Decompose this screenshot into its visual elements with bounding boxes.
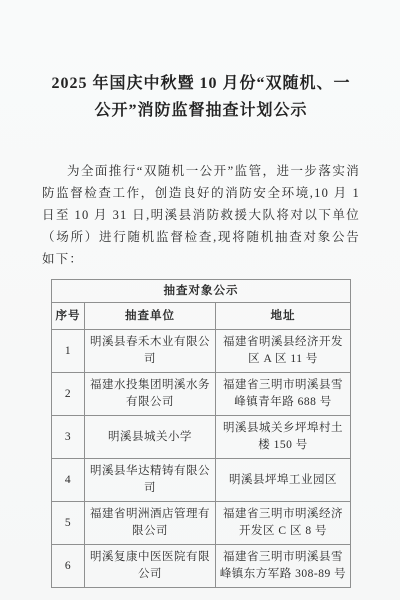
col-header-unit: 抽查单位 (84, 303, 215, 330)
row-unit: 明溪县华达精铸有限公司 (84, 459, 215, 502)
row-unit: 福建水投集团明溪水务有限公司 (84, 373, 215, 416)
row-no: 2 (51, 373, 84, 416)
table-row: 3 明溪县城关小学 明溪县城关乡坪埠村土楼 150 号 (51, 416, 350, 459)
inspection-table: 抽查对象公示 序号 抽查单位 地址 1 明溪县春禾木业有限公司 福建省明溪县经济… (51, 279, 351, 588)
col-header-no: 序号 (51, 303, 84, 330)
table-row: 4 明溪县华达精铸有限公司 明溪县坪埠工业园区 (51, 459, 350, 502)
table-row: 6 明溪复康中医医院有限公司 福建省三明市明溪县雪峰镇东方军路 308-89 号 (51, 545, 350, 588)
row-address: 福建省三明市明溪经济开发区 C 区 8 号 (215, 502, 350, 545)
document-page: 2025 年国庆中秋暨 10 月份“双随机、一 公开”消防监督抽查计划公示 为全… (0, 0, 400, 600)
row-address: 福建省三明市明溪县雪峰镇东方军路 308-89 号 (215, 545, 350, 588)
row-no: 5 (51, 502, 84, 545)
row-unit: 福建省明洲酒店管理有限公司 (84, 502, 215, 545)
row-no: 3 (51, 416, 84, 459)
document-title: 2025 年国庆中秋暨 10 月份“双随机、一 公开”消防监督抽查计划公示 (42, 70, 360, 124)
row-address: 明溪县坪埠工业园区 (215, 459, 350, 502)
table-caption-row: 抽查对象公示 (51, 280, 350, 303)
table-header-row: 序号 抽查单位 地址 (51, 303, 350, 330)
row-address: 福建省三明市明溪县雪峰镇青年路 688 号 (215, 373, 350, 416)
row-unit: 明溪县春禾木业有限公司 (84, 330, 215, 373)
title-line-1: 2025 年国庆中秋暨 10 月份“双随机、一 (42, 70, 360, 97)
table-row: 2 福建水投集团明溪水务有限公司 福建省三明市明溪县雪峰镇青年路 688 号 (51, 373, 350, 416)
title-line-2: 公开”消防监督抽查计划公示 (42, 97, 360, 124)
row-unit: 明溪复康中医医院有限公司 (84, 545, 215, 588)
col-header-address: 地址 (215, 303, 350, 330)
row-no: 1 (51, 330, 84, 373)
table-caption: 抽查对象公示 (51, 280, 350, 303)
intro-paragraph: 为全面推行“双随机一公开”监管，进一步落实消防监督检查工作，创造良好的消防安全环… (42, 160, 360, 270)
row-unit: 明溪县城关小学 (84, 416, 215, 459)
row-address: 明溪县城关乡坪埠村土楼 150 号 (215, 416, 350, 459)
table-row: 1 明溪县春禾木业有限公司 福建省明溪县经济开发区 A 区 11 号 (51, 330, 350, 373)
row-no: 4 (51, 459, 84, 502)
table-row: 5 福建省明洲酒店管理有限公司 福建省三明市明溪经济开发区 C 区 8 号 (51, 502, 350, 545)
row-address: 福建省明溪县经济开发区 A 区 11 号 (215, 330, 350, 373)
row-no: 6 (51, 545, 84, 588)
